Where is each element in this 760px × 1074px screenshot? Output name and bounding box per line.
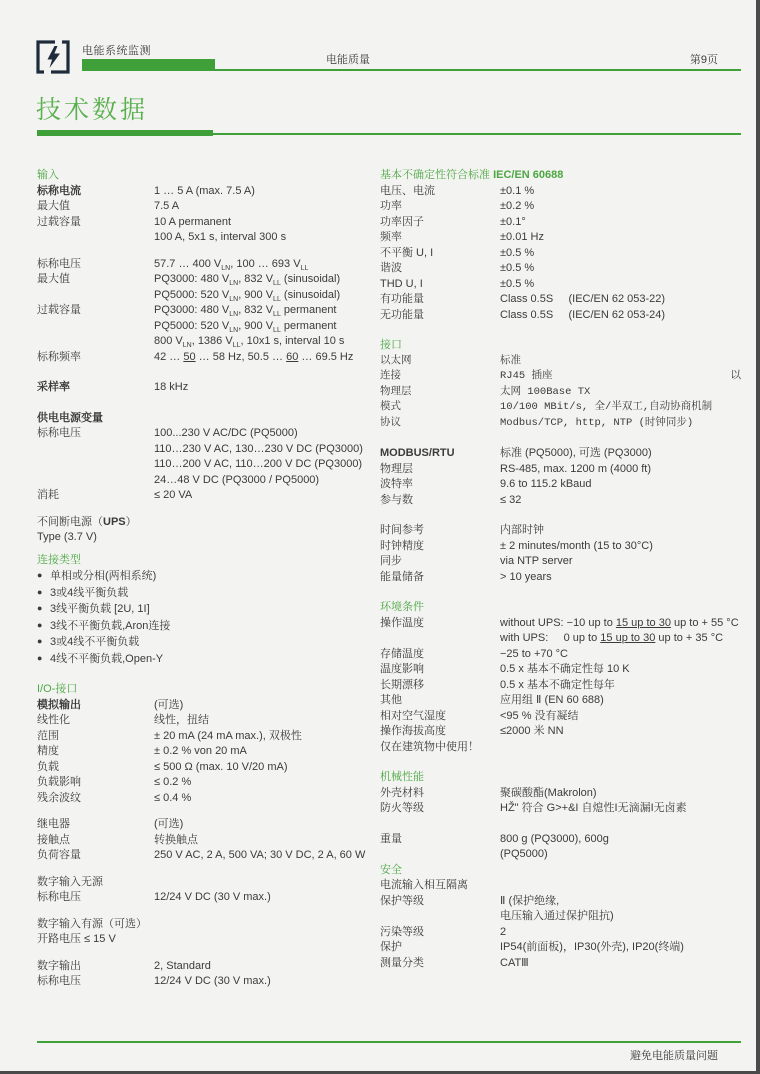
- spec-label: 精度: [37, 744, 154, 760]
- bullet-text: 3线平衡负载 [2U, 1I]: [50, 603, 150, 615]
- footer-rule: [37, 1041, 741, 1043]
- spec-row: 800 VLN, 1386 VLL, 10x1 s, interval 10 s: [37, 334, 374, 350]
- spec-label: 标称频率: [37, 350, 154, 366]
- spec-label: 操作温度: [380, 616, 500, 632]
- spec-value: IP54(前面板)，IP30(外壳), IP20(终端): [500, 940, 741, 956]
- spec-row: 24…48 V DC (PQ3000 / PQ5000): [37, 473, 374, 489]
- spec-value: −25 to +70 °C: [500, 647, 741, 663]
- spec-value: 7.5 A: [154, 199, 374, 215]
- footer-text: 避免电能质量问题: [630, 1047, 718, 1063]
- bullet-item: ●3线不平衡负载,Aron连接: [37, 618, 374, 635]
- spec-line: 数字输入有源（可选）: [37, 917, 374, 933]
- spec-value: 800 VLN, 1386 VLL, 10x1 s, interval 10 s: [154, 334, 374, 350]
- spec-row: with UPS: 0 up to 15 up to 30 up to + 35…: [380, 631, 741, 647]
- spec-label: 无功能量: [380, 308, 500, 324]
- spec-row: 重量800 g (PQ3000), 600g: [380, 832, 741, 848]
- spec-row: 功率±0.2 %: [380, 199, 741, 215]
- spec-value: 250 V AC, 2 A, 500 VA; 30 V DC, 2 A, 60 …: [154, 848, 374, 864]
- spec-value: 42 … 50 … 58 Hz, 50.5 … 60 … 69.5 Hz: [154, 350, 374, 366]
- spec-label: 过载容量: [37, 303, 154, 319]
- spec-value: ± 2 minutes/month (15 to 30°C): [500, 539, 741, 555]
- spec-row: 标称电压57.7 … 400 VLN, 100 … 693 VLL: [37, 257, 374, 273]
- bullet-icon: ●: [37, 601, 50, 617]
- spec-row: 操作温度without UPS: −10 up to 15 up to 30 u…: [380, 616, 741, 632]
- spec-value: 应用组 Ⅱ (EN 60 688): [500, 693, 741, 709]
- spec-row: 功率因子±0.1°: [380, 215, 741, 231]
- bullet-icon: ●: [37, 651, 50, 667]
- spec-value: 电压输入通过保护阻抗): [500, 909, 741, 925]
- bullet-text: 单相或分相(两相系统): [50, 570, 156, 582]
- spec-value: RJ45 插座以: [500, 369, 741, 385]
- spec-row: 电压输入通过保护阻抗): [380, 909, 741, 925]
- spec-label: 存储温度: [380, 647, 500, 663]
- spec-row: 精度± 0.2 % von 20 mA: [37, 744, 374, 760]
- page-number: 第9页: [690, 51, 718, 67]
- spec-label: 数字输出: [37, 959, 154, 975]
- spec-value: ±0.5 %: [500, 246, 741, 262]
- spec-label: 负荷容量: [37, 848, 154, 864]
- spec-label: 保护: [380, 940, 500, 956]
- spec-label: 采样率: [37, 380, 154, 396]
- spec-line: 开路电压 ≤ 15 V: [37, 932, 374, 948]
- spec-label: [380, 631, 500, 647]
- spec-label: 残余波纹: [37, 791, 154, 807]
- spec-row: 长期漂移0.5 x 基本不确定性每年: [380, 678, 741, 694]
- spec-label: 标称电压: [37, 974, 154, 990]
- bullet-item: ●4线不平衡负载,Open-Y: [37, 651, 374, 668]
- spec-value: without UPS: −10 up to 15 up to 30 up to…: [500, 616, 741, 632]
- spec-value: (可选): [154, 698, 374, 714]
- spec-row: 污染等级2: [380, 925, 741, 941]
- spacer: [380, 508, 741, 523]
- spec-row: 时间参考内部时钟: [380, 523, 741, 539]
- spec-label: 频率: [380, 230, 500, 246]
- spacer: [37, 396, 374, 411]
- spacer: [380, 585, 741, 600]
- spec-row: 继电器(可选): [37, 817, 374, 833]
- spec-label: 最大值: [37, 199, 154, 215]
- spec-row: 参与数≤ 32: [380, 493, 741, 509]
- spec-label: 同步: [380, 554, 500, 570]
- spec-value: ±0.5 %: [500, 277, 741, 293]
- spec-label: 线性化: [37, 713, 154, 729]
- spec-value: ±0.1 %: [500, 184, 741, 200]
- bullet-icon: ●: [37, 634, 50, 650]
- spacer: [37, 864, 374, 875]
- spec-label: [380, 909, 500, 925]
- spec-label: 过载容量: [37, 215, 154, 231]
- spec-line: 仅在建筑物中使用！: [380, 740, 741, 756]
- spec-row: 标称电压100...230 V AC/DC (PQ5000): [37, 426, 374, 442]
- spec-row: 过载容量10 A permanent: [37, 215, 374, 231]
- spec-value: 800 g (PQ3000), 600g: [500, 832, 741, 848]
- spec-row: PQ5000: 520 VLN, 900 VLL (sinusoidal): [37, 288, 374, 304]
- spec-label: [37, 319, 154, 335]
- spec-row: 防火等级HŽ" 符合 G>+&I 自熄性I无滴漏I无卤素: [380, 801, 741, 817]
- spec-row: 模拟输出(可选): [37, 698, 374, 714]
- spec-row: 保护等级Ⅱ (保护绝缘,: [380, 894, 741, 910]
- bullet-item: ●3线平衡负载 [2U, 1I]: [37, 601, 374, 618]
- spec-value: PQ3000: 480 VLN, 832 VLL permanent: [154, 303, 374, 319]
- spec-label: 污染等级: [380, 925, 500, 941]
- section-heading: 机械性能: [380, 770, 741, 786]
- spec-row: 线性化线性，扭结: [37, 713, 374, 729]
- bullet-item: ●3或4线平衡负载: [37, 585, 374, 602]
- spec-label: 相对空气湿度: [380, 709, 500, 725]
- spec-value: ≤ 0.2 %: [154, 775, 374, 791]
- spec-value: 0.5 x 基本不确定性每 10 K: [500, 662, 741, 678]
- spec-row: 物理层RS-485, max. 1200 m (4000 ft): [380, 462, 741, 478]
- spacer: [380, 817, 741, 832]
- spacer: [380, 431, 741, 446]
- spec-label: 最大值: [37, 272, 154, 288]
- section-heading: 输入: [37, 168, 374, 184]
- spec-label: MODBUS/RTU: [380, 446, 500, 462]
- spec-row: 波特率9.6 to 115.2 kBaud: [380, 477, 741, 493]
- spec-label: 功率: [380, 199, 500, 215]
- spacer: [37, 365, 374, 380]
- bullet-text: 3或4线平衡负载: [50, 587, 128, 599]
- spec-label: 模拟输出: [37, 698, 154, 714]
- spec-label: 继电器: [37, 817, 154, 833]
- spec-label: 不平衡 U, I: [380, 246, 500, 262]
- bullet-text: 3线不平衡负载,Aron连接: [50, 620, 170, 632]
- spec-label: 标称电压: [37, 890, 154, 906]
- spec-label: 操作海拔高度: [380, 724, 500, 740]
- spec-row: 协议Modbus/TCP, http, NTP (时钟同步): [380, 416, 741, 432]
- spec-label: 标称电压: [37, 426, 154, 442]
- spec-row: PQ5000: 520 VLN, 900 VLL permanent: [37, 319, 374, 335]
- spec-label: 模式: [380, 400, 500, 416]
- spec-row: 相对空气湿度<95 % 没有凝结: [380, 709, 741, 725]
- spec-value: Class 0.5S (IEC/EN 62 053-24): [500, 308, 741, 324]
- spec-line: 不间断电源（UPS）: [37, 515, 374, 531]
- spec-label: 有功能量: [380, 292, 500, 308]
- spec-row: 110…230 V AC, 130…230 V DC (PQ3000): [37, 442, 374, 458]
- spec-row: 100 A, 5x1 s, interval 300 s: [37, 230, 374, 246]
- spec-row: 能量储备> 10 years: [380, 570, 741, 586]
- spec-row: 标称电压12/24 V DC (30 V max.): [37, 890, 374, 906]
- spec-value: > 10 years: [500, 570, 741, 586]
- column-right: 基本不确定性符合标准 IEC/EN 60688电压、电流±0.1 %功率±0.2…: [380, 168, 741, 990]
- spec-label: 保护等级: [380, 894, 500, 910]
- spec-value: 12/24 V DC (30 V max.): [154, 890, 374, 906]
- spec-row: 存储温度−25 to +70 °C: [380, 647, 741, 663]
- spec-row: 负荷容量250 V AC, 2 A, 500 VA; 30 V DC, 2 A,…: [37, 848, 374, 864]
- section-heading: 接口: [380, 338, 741, 354]
- spec-label: 重量: [380, 832, 500, 848]
- spec-row: 最大值PQ3000: 480 VLN, 832 VLL (sinusoidal): [37, 272, 374, 288]
- spec-value: 标准: [500, 354, 741, 370]
- bullet-icon: ●: [37, 568, 50, 584]
- spacer: [37, 806, 374, 817]
- spec-value: 聚碳酸酯(Makrolon): [500, 786, 741, 802]
- spec-label: 协议: [380, 416, 500, 432]
- spec-value: PQ3000: 480 VLN, 832 VLL (sinusoidal): [154, 272, 374, 288]
- spec-value: ≤ 500 Ω (max. 10 V/20 mA): [154, 760, 374, 776]
- bullet-text: 3或4线不平衡负载: [50, 636, 139, 648]
- spec-label: 消耗: [37, 488, 154, 504]
- spec-row: 保护IP54(前面板)，IP30(外壳), IP20(终端): [380, 940, 741, 956]
- spec-row: 以太网标准: [380, 354, 741, 370]
- spec-row: 110…200 V AC, 110…200 V DC (PQ3000): [37, 457, 374, 473]
- bullet-text: 4线不平衡负载,Open-Y: [50, 653, 163, 665]
- spec-value: via NTP server: [500, 554, 741, 570]
- spec-row: 标称频率42 … 50 … 58 Hz, 50.5 … 60 … 69.5 Hz: [37, 350, 374, 366]
- spec-value: 标准 (PQ5000), 可选 (PQ3000): [500, 446, 741, 462]
- spec-label: 范围: [37, 729, 154, 745]
- spec-row: 标称电压12/24 V DC (30 V max.): [37, 974, 374, 990]
- section-heading: 环境条件: [380, 600, 741, 616]
- bullet-icon: ●: [37, 585, 50, 601]
- spec-value: 110…200 V AC, 110…200 V DC (PQ3000): [154, 457, 374, 473]
- spec-row: 最大值7.5 A: [37, 199, 374, 215]
- spec-row: 电压、电流±0.1 %: [380, 184, 741, 200]
- spacer: [37, 948, 374, 959]
- spec-value: (可选): [154, 817, 374, 833]
- spec-label: 能量储备: [380, 570, 500, 586]
- spec-row: 负载影响≤ 0.2 %: [37, 775, 374, 791]
- spec-row: 时钟精度± 2 minutes/month (15 to 30°C): [380, 539, 741, 555]
- spec-label: 负载影响: [37, 775, 154, 791]
- spec-value: with UPS: 0 up to 15 up to 30 up to + 35…: [500, 631, 741, 647]
- spacer: [37, 667, 374, 682]
- spec-value: 太网 100Base TX: [500, 385, 741, 401]
- spec-row: 频率±0.01 Hz: [380, 230, 741, 246]
- spec-label: 温度影响: [380, 662, 500, 678]
- spec-value: 110…230 V AC, 130…230 V DC (PQ3000): [154, 442, 374, 458]
- spec-value: ± 20 mA (24 mA max.), 双极性: [154, 729, 374, 745]
- spec-row: 数字输出2, Standard: [37, 959, 374, 975]
- spec-row: 操作海拔高度≤2000 米 NN: [380, 724, 741, 740]
- spec-row: 温度影响0.5 x 基本不确定性每 10 K: [380, 662, 741, 678]
- spec-label: 负载: [37, 760, 154, 776]
- section-heading: 基本不确定性符合标准 IEC/EN 60688: [380, 168, 741, 184]
- spec-row: 其他应用组 Ⅱ (EN 60 688): [380, 693, 741, 709]
- spec-value: 10/100 MBit/s, 全/半双工,自动协商机制: [500, 400, 741, 416]
- spec-value: PQ5000: 520 VLN, 900 VLL permanent: [154, 319, 374, 335]
- spec-label: 物理层: [380, 462, 500, 478]
- spec-value: 2, Standard: [154, 959, 374, 975]
- subsection-heading: 供电电源变量: [37, 411, 374, 427]
- page-title: 技术数据: [36, 90, 148, 126]
- spec-label: 波特率: [380, 477, 500, 493]
- spec-label: [37, 473, 154, 489]
- spec-label: [37, 457, 154, 473]
- spacer: [37, 504, 374, 515]
- spec-row: 连接RJ45 插座以: [380, 369, 741, 385]
- spec-value: 57.7 … 400 VLN, 100 … 693 VLL: [154, 257, 374, 273]
- spec-label: 接触点: [37, 833, 154, 849]
- spec-label: 谐波: [380, 261, 500, 277]
- spacer: [37, 906, 374, 917]
- spec-label: [37, 334, 154, 350]
- spec-label: 标称电流: [37, 184, 154, 200]
- spec-value: CATⅢ: [500, 956, 741, 972]
- spec-label: 其他: [380, 693, 500, 709]
- spec-label: 功率因子: [380, 215, 500, 231]
- spec-label: [380, 847, 500, 863]
- spec-value: 1 … 5 A (max. 7.5 A): [154, 184, 374, 200]
- spec-label: [37, 288, 154, 304]
- spec-value: (PQ5000): [500, 847, 741, 863]
- spec-label: 防火等级: [380, 801, 500, 817]
- spec-label: THD U, I: [380, 277, 500, 293]
- spec-line: 电流输入相互隔离: [380, 878, 741, 894]
- spec-row: 谐波±0.5 %: [380, 261, 741, 277]
- spec-value: 12/24 V DC (30 V max.): [154, 974, 374, 990]
- spec-label: [37, 230, 154, 246]
- spec-row: 模式10/100 MBit/s, 全/半双工,自动协商机制: [380, 400, 741, 416]
- spec-value: ≤ 32: [500, 493, 741, 509]
- spec-row: 采样率18 kHz: [37, 380, 374, 396]
- spec-label: 连接: [380, 369, 500, 385]
- spec-line: 数字输入无源: [37, 875, 374, 891]
- spec-row: 负载≤ 500 Ω (max. 10 V/20 mA): [37, 760, 374, 776]
- spec-value: ±0.5 %: [500, 261, 741, 277]
- spec-value: ≤2000 米 NN: [500, 724, 741, 740]
- spec-label: 电压、电流: [380, 184, 500, 200]
- spec-row: 外壳材料聚碳酸酯(Makrolon): [380, 786, 741, 802]
- spec-value: ≤ 20 VA: [154, 488, 374, 504]
- spec-value: 2: [500, 925, 741, 941]
- spec-row: 接触点转换触点: [37, 833, 374, 849]
- spec-label: 外壳材料: [380, 786, 500, 802]
- spec-label: [37, 442, 154, 458]
- bullet-item: ●单相或分相(两相系统): [37, 568, 374, 585]
- spec-value: ±0.2 %: [500, 199, 741, 215]
- spec-label: 长期漂移: [380, 678, 500, 694]
- spacer: [37, 546, 374, 553]
- header-section-title: 电能质量: [0, 51, 696, 67]
- section-heading: I/O-接口: [37, 682, 374, 698]
- spec-value: 线性，扭结: [154, 713, 374, 729]
- spec-value: 转换触点: [154, 833, 374, 849]
- spec-value: <95 % 没有凝结: [500, 709, 741, 725]
- spec-row: 过载容量PQ3000: 480 VLN, 832 VLL permanent: [37, 303, 374, 319]
- spec-row: 标称电流1 … 5 A (max. 7.5 A): [37, 184, 374, 200]
- spec-row: THD U, I±0.5 %: [380, 277, 741, 293]
- spec-value: 10 A permanent: [154, 215, 374, 231]
- spec-row: 残余波纹≤ 0.4 %: [37, 791, 374, 807]
- section-heading: 连接类型: [37, 553, 374, 569]
- spec-row: 有功能量Class 0.5S (IEC/EN 62 053-22): [380, 292, 741, 308]
- bullet-icon: ●: [37, 618, 50, 634]
- spec-value: Ⅱ (保护绝缘,: [500, 894, 741, 910]
- title-rule: [37, 133, 741, 135]
- spec-value: ±0.01 Hz: [500, 230, 741, 246]
- spec-value: 18 kHz: [154, 380, 374, 396]
- spec-value: ±0.1°: [500, 215, 741, 231]
- spec-value: PQ5000: 520 VLN, 900 VLL (sinusoidal): [154, 288, 374, 304]
- spec-label: 以太网: [380, 354, 500, 370]
- spec-value: ≤ 0.4 %: [154, 791, 374, 807]
- spec-row: 不平衡 U, I±0.5 %: [380, 246, 741, 262]
- spec-value: 100 A, 5x1 s, interval 300 s: [154, 230, 374, 246]
- spec-row: 范围± 20 mA (24 mA max.), 双极性: [37, 729, 374, 745]
- spec-label: 时钟精度: [380, 539, 500, 555]
- header-rule: [82, 69, 741, 71]
- bullet-item: ●3或4线不平衡负载: [37, 634, 374, 651]
- section-heading: 安全: [380, 863, 741, 879]
- spec-row: 同步via NTP server: [380, 554, 741, 570]
- spec-value: 24…48 V DC (PQ3000 / PQ5000): [154, 473, 374, 489]
- spec-value: 100...230 V AC/DC (PQ5000): [154, 426, 374, 442]
- spec-value: Class 0.5S (IEC/EN 62 053-22): [500, 292, 741, 308]
- spec-row: (PQ5000): [380, 847, 741, 863]
- spec-value: HŽ" 符合 G>+&I 自熄性I无滴漏I无卤素: [500, 801, 741, 817]
- spec-label: 参与数: [380, 493, 500, 509]
- spec-row: 无功能量Class 0.5S (IEC/EN 62 053-24): [380, 308, 741, 324]
- column-left: 输入标称电流1 … 5 A (max. 7.5 A)最大值7.5 A过载容量10…: [37, 168, 374, 990]
- spacer: [37, 246, 374, 257]
- spec-label: 物理层: [380, 385, 500, 401]
- spec-value: Modbus/TCP, http, NTP (时钟同步): [500, 416, 741, 432]
- spec-row: 物理层太网 100Base TX: [380, 385, 741, 401]
- spec-row: 消耗≤ 20 VA: [37, 488, 374, 504]
- spec-value: 0.5 x 基本不确定性每年: [500, 678, 741, 694]
- spacer: [380, 755, 741, 770]
- spec-value: 内部时钟: [500, 523, 741, 539]
- spec-value: RS-485, max. 1200 m (4000 ft): [500, 462, 741, 478]
- content: 输入标称电流1 … 5 A (max. 7.5 A)最大值7.5 A过载容量10…: [37, 168, 741, 990]
- spec-label: 标称电压: [37, 257, 154, 273]
- spacer: [380, 323, 741, 338]
- spec-label: 时间参考: [380, 523, 500, 539]
- spec-label: 测量分类: [380, 956, 500, 972]
- page: 电能系统监测 电能质量 第9页 技术数据 输入标称电流1 … 5 A (max.…: [0, 0, 760, 1074]
- spec-value: 9.6 to 115.2 kBaud: [500, 477, 741, 493]
- spec-row: MODBUS/RTU标准 (PQ5000), 可选 (PQ3000): [380, 446, 741, 462]
- spec-line: Type (3.7 V): [37, 530, 374, 546]
- spec-row: 测量分类CATⅢ: [380, 956, 741, 972]
- spec-value: ± 0.2 % von 20 mA: [154, 744, 374, 760]
